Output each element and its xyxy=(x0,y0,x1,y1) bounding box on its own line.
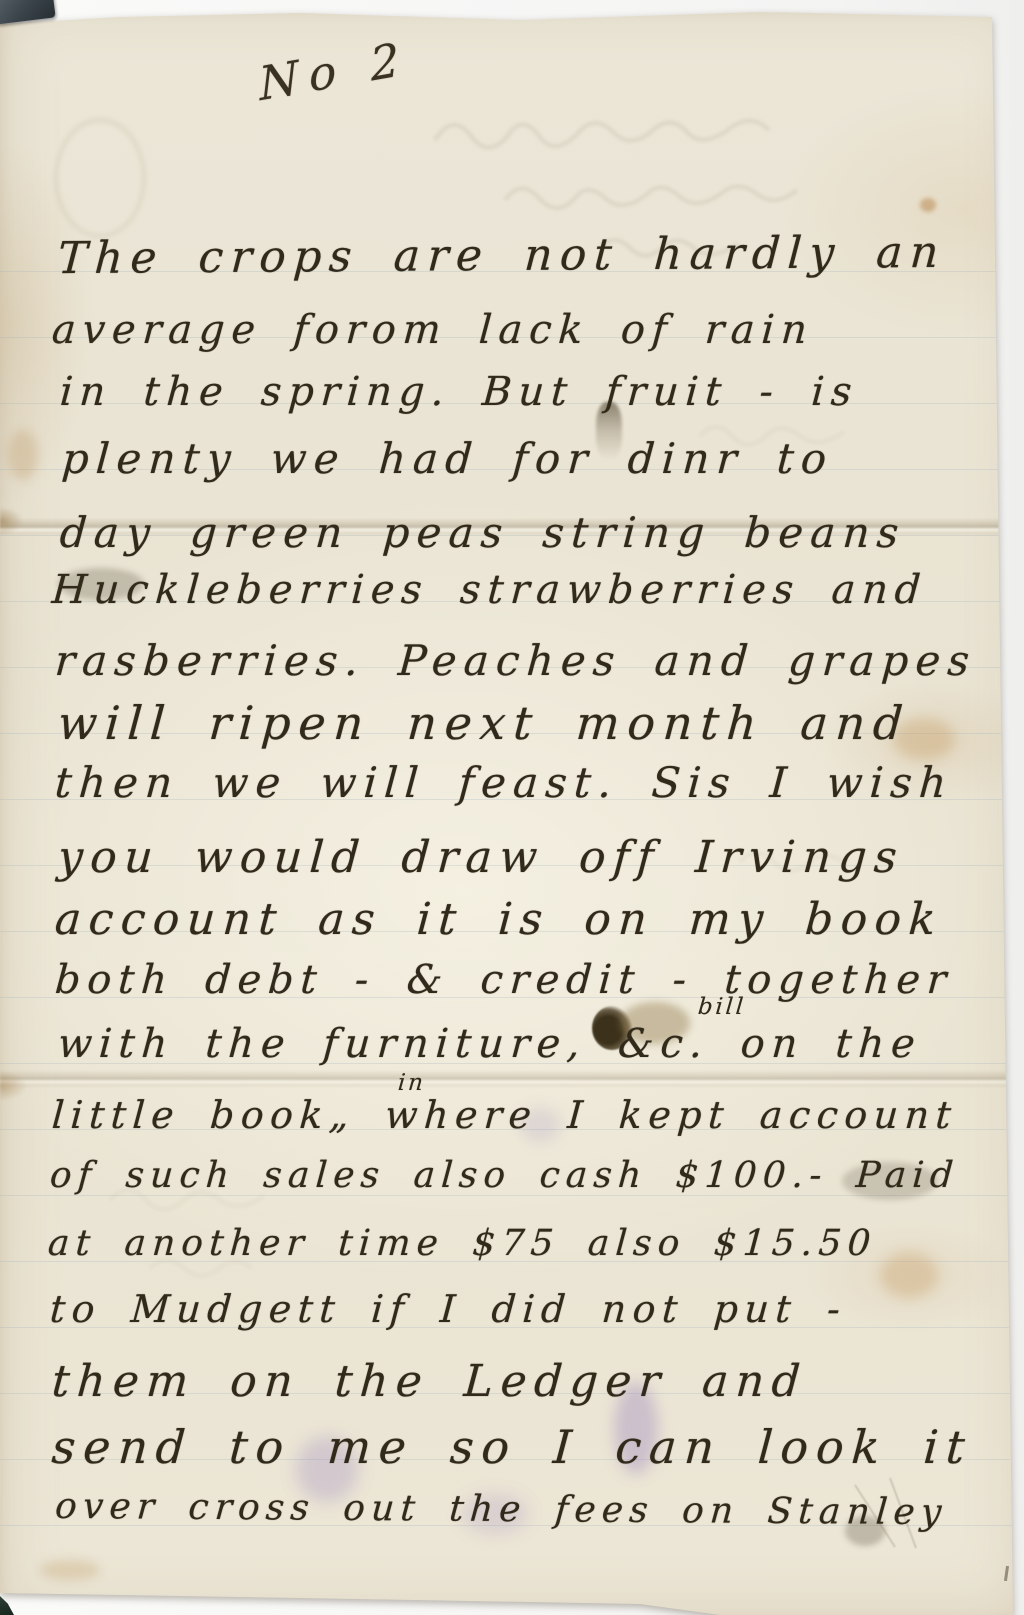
handwritten-line: over cross out the fees on Stanley xyxy=(54,1489,949,1531)
edge-tear-upper xyxy=(0,508,22,534)
handwritten-line: you would draw off Irvings xyxy=(56,836,905,880)
scan-background: No 2 The crops are not hardly an average… xyxy=(0,0,1024,1615)
handwritten-line: Huckleberries strawberries and xyxy=(51,570,929,610)
insertion-word-bill: bill xyxy=(697,994,747,1020)
fox-spot xyxy=(40,1560,100,1580)
handwritten-line: The crops are not hardly an xyxy=(56,231,947,281)
letter-page: No 2 The crops are not hardly an average… xyxy=(0,0,1024,1615)
handwritten-line: them on the Ledger and xyxy=(50,1360,808,1404)
fox-spot xyxy=(8,430,38,480)
fox-spot xyxy=(920,198,936,212)
edge-tear-lower xyxy=(0,1072,26,1100)
fold-crease-lower xyxy=(0,1070,1024,1088)
fox-spot xyxy=(880,1252,938,1298)
handwritten-line: little book„ where I kept account xyxy=(51,1096,959,1134)
handwritten-line: with the furniture, &c. on the xyxy=(57,1024,923,1064)
insertion-word-in: in xyxy=(397,1070,427,1096)
handwritten-line: account as it is on my book xyxy=(53,898,944,942)
page-number-note: No 2 xyxy=(257,31,411,112)
handwritten-line: to Mudgett if I did not put - xyxy=(49,1290,848,1328)
handwritten-line: both debt - & credit - together xyxy=(54,960,955,1000)
handwritten-line: send to me so I can look it xyxy=(50,1424,974,1470)
handwritten-line: plenty we had for dinr to xyxy=(61,438,835,480)
handwritten-line: of such sales also cash $100.- Paid xyxy=(49,1158,961,1194)
handwritten-line: rasberries. Peaches and grapes xyxy=(54,640,978,682)
handwritten-line: then we will feast. Sis I wish xyxy=(54,762,955,804)
handwritten-line: in the spring. But fruit - is xyxy=(59,372,860,412)
handwritten-line: will ripen next month and xyxy=(56,700,912,746)
edge-mark xyxy=(1004,1566,1009,1581)
handwritten-line: average forom lack of rain xyxy=(51,310,816,350)
handwritten-line: at another time $75 also $15.50 xyxy=(47,1226,878,1262)
handwritten-line: day green peas string beans xyxy=(59,512,907,554)
